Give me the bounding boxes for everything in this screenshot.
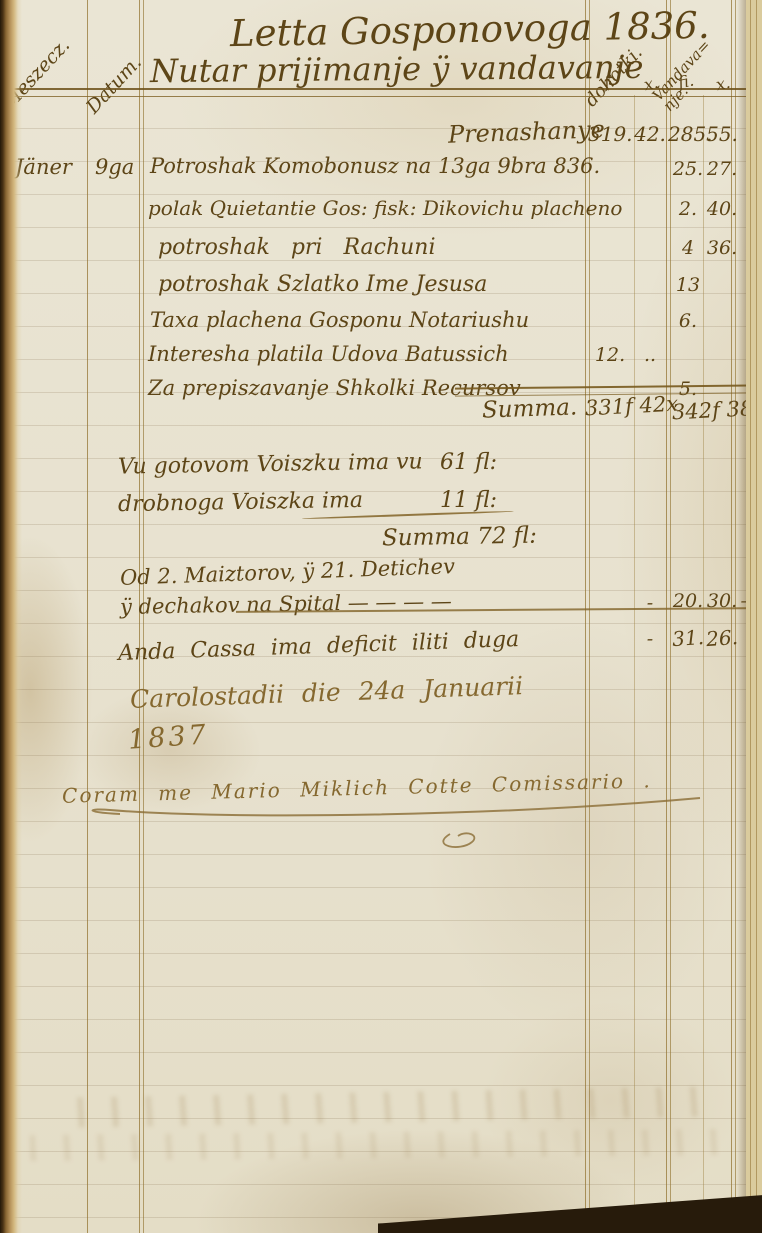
next-page-edge: [746, 0, 762, 1233]
row-description: Taxa plachena Gosponu Notariushu: [150, 308, 529, 332]
currency-subheader-x: x.: [642, 73, 660, 95]
summa-income-total: 331f 42x: [584, 392, 678, 421]
dateline-year: 1837: [127, 719, 210, 756]
ledger-page-scan: Meszecz. Datum. dohotki. Vandava= nje. L…: [0, 0, 762, 1233]
expense-florins: 6.: [668, 310, 708, 332]
cash-total: Summa 72 fl:: [382, 523, 537, 552]
currency-subheader-x2: x.: [714, 73, 732, 95]
row-description: potroshak Szlatko Ime Jesusa: [158, 272, 487, 297]
income-kreuzers: -: [634, 592, 666, 614]
expense-kreuzers: 27.: [705, 158, 739, 180]
cash-line2-amount: 11 fl:: [440, 488, 497, 513]
row-description: Interesha platila Udova Batussich: [148, 342, 509, 366]
hospital-line2: ÿ dechakov na Spital — — — —: [120, 589, 452, 619]
expense-kreuzers: 55.: [705, 122, 739, 146]
income-florins: 12.: [588, 344, 632, 366]
show-through-wash: [420, 620, 740, 1040]
row-description: Potroshak Komobonusz na 13ga 9bra 836.: [150, 154, 600, 178]
currency-subheader-fi: fi.: [676, 71, 695, 93]
expense-florins: 285.: [668, 122, 708, 146]
column-header-date: Datum.: [82, 51, 146, 118]
cash-line1-amount: 61 fl:: [440, 450, 497, 475]
column-rule-month: [87, 0, 88, 1233]
page-edge-shadow: [737, 0, 746, 1233]
row-description: potroshak pri Rachuni: [158, 235, 436, 260]
expense-florins: 13: [668, 274, 708, 296]
expense-florins: 25.: [668, 158, 708, 180]
income-kreuzers: 42.: [634, 122, 666, 146]
expense-florins: 4: [668, 237, 708, 259]
show-through-wash: [480, 1000, 740, 1200]
summa-label: Summa.: [482, 394, 578, 423]
cash-line1-text: Vu gotovom Voiszku ima vu: [118, 449, 423, 479]
page-subtitle: Nutar prijimanje ÿ vandavanje: [150, 48, 644, 90]
header-rule: [6, 88, 747, 97]
date-cell: 9ga: [95, 155, 134, 179]
month-cell: Jäner: [15, 155, 72, 179]
hospital-line1: Od 2. Maiztorov, ÿ 21. Detichev: [120, 554, 456, 590]
income-kreuzers: ..: [634, 344, 666, 366]
cash-line2-text: drobnoga Voiszka ima: [118, 488, 363, 517]
expense-kreuzers: 40.: [705, 198, 739, 220]
row-description: polak Quietantie Gos: fisk: Dikovichu pl…: [148, 196, 622, 220]
expense-kreuzers: 36.: [705, 237, 739, 259]
row-description: Prenashanye: [448, 115, 606, 148]
expense-florins: 2.: [668, 198, 708, 220]
book-binding-edge: [0, 0, 22, 1233]
income-florins: 319.: [588, 122, 632, 146]
